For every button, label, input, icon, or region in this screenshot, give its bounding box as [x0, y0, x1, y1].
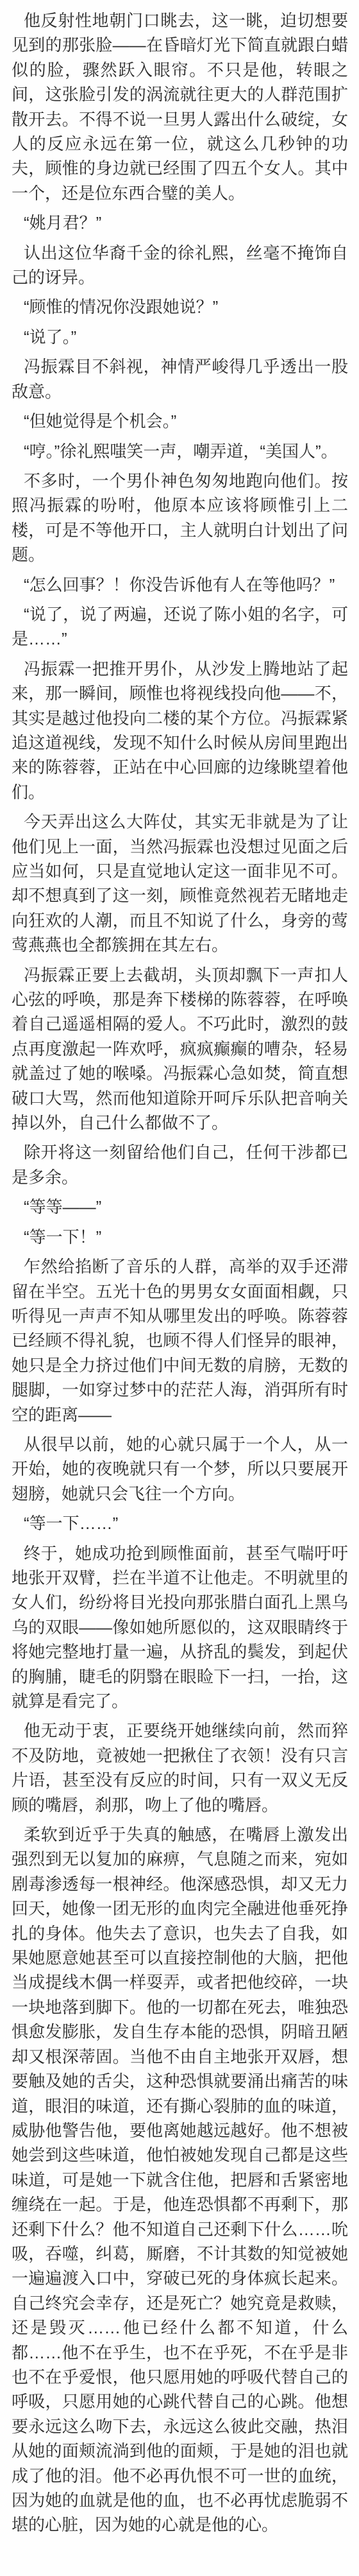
paragraph: 不多时，一个男仆神色匆匆地跑向他们。按照冯振霖的吩咐，他原本应该将顾惟引上二楼，… [12, 469, 348, 567]
paragraph: “顾惟的情况你没跟她说？” [12, 295, 348, 319]
paragraph: 终于，她成功抢到顾惟面前，甚至气喘吁吁地张开双臂，拦在半道不让他走。不明就里的女… [12, 1541, 348, 1714]
paragraph: 认出这位华裔千金的徐礼熙，丝毫不掩饰自己的讶异。 [12, 241, 348, 290]
paragraph: 从很早以前，她的心就只属于一个人，从一开始，她的夜晚就只有一个梦，所以只要展开翅… [12, 1432, 348, 1506]
paragraph: 他反射性地朝门口眺去，这一眺，迫切想要见到的那张脸——在昏暗灯光下简直就跟白蜡似… [12, 8, 348, 205]
paragraph: 他无动于衷，正要绕开她继续向前，然而猝不及防地，竟被她一把揪住了衣领！没有只言片… [12, 1718, 348, 1817]
paragraph: 冯振霖一把推开男仆，从沙发上腾地站了起来，那一瞬间，顾惟也将视线投向他——不，其… [12, 657, 348, 804]
paragraph: “姚月君？” [12, 211, 348, 235]
paragraph: 柔软到近乎于失真的触感，在嘴唇上激发出强烈到无以复加的麻痹，气息随之而来，宛如剧… [12, 1822, 348, 2537]
paragraph: “怎么回事？！你没告诉他有人在等他吗？” [12, 573, 348, 597]
paragraph: “等一下！” [12, 1225, 348, 1249]
paragraph: “等一下……” [12, 1511, 348, 1535]
paragraph: “说了。” [12, 325, 348, 349]
paragraph: “哼。”徐礼熙嗤笑一声，嘲弄道，“美国人”。 [12, 439, 348, 463]
paragraph: 冯振霖目不斜视，神情严峻得几乎透出一股敌意。 [12, 354, 348, 404]
reader-page[interactable]: 他反射性地朝门口眺去，这一眺，迫切想要见到的那张脸——在昏暗灯光下简直就跟白蜡似… [0, 0, 359, 2576]
paragraph: 冯振霖正要上去截胡，头顶却飘下一声扣人心弦的呼唤，那是奔下楼梯的陈蓉蓉，在呼唤着… [12, 963, 348, 1136]
paragraph: 乍然给掐断了音乐的人群，高举的双手还滞留在半空。五光十色的男男女女面面相觑，只听… [12, 1254, 348, 1427]
paragraph: “但她觉得是个机会。” [12, 409, 348, 433]
paragraph: 除开将这一刻留给他们自己，任何干涉都已是多余。 [12, 1140, 348, 1189]
paragraph: 今天弄出这么大阵仗，其实无非就是为了让他们见上一面，当然冯振霖也没想过见面之后应… [12, 809, 348, 957]
paragraph: “说了，说了两遍，还说了陈小姐的名字，可是……” [12, 602, 348, 652]
paragraph: “等等——” [12, 1195, 348, 1219]
paragraph-list: 他反射性地朝门口眺去，这一眺，迫切想要见到的那张脸——在昏暗灯光下简直就跟白蜡似… [12, 8, 348, 2537]
